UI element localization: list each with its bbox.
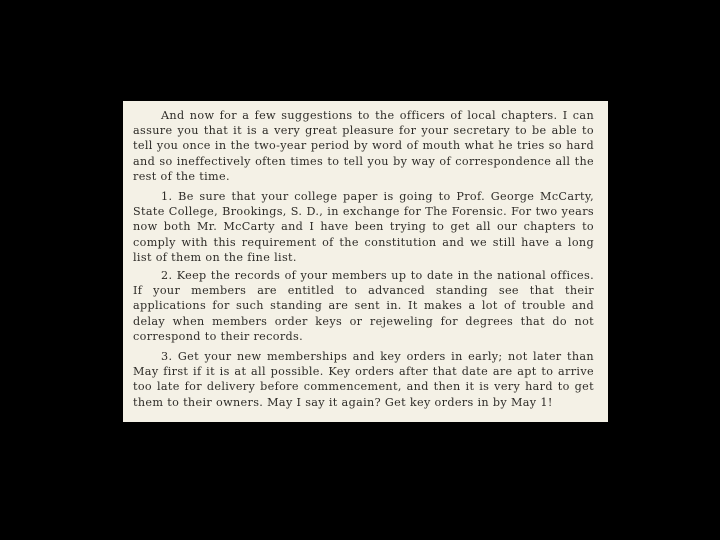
suggestion-3-paragraph: 3. Get your new memberships and key orde…	[133, 349, 594, 410]
intro-paragraph: And now for a few suggestions to the off…	[133, 108, 594, 184]
suggestion-1-paragraph: 1. Be sure that your college paper is go…	[133, 189, 594, 265]
document-page: And now for a few suggestions to the off…	[123, 101, 608, 422]
suggestion-2-paragraph: 2. Keep the records of your members up t…	[133, 268, 594, 344]
